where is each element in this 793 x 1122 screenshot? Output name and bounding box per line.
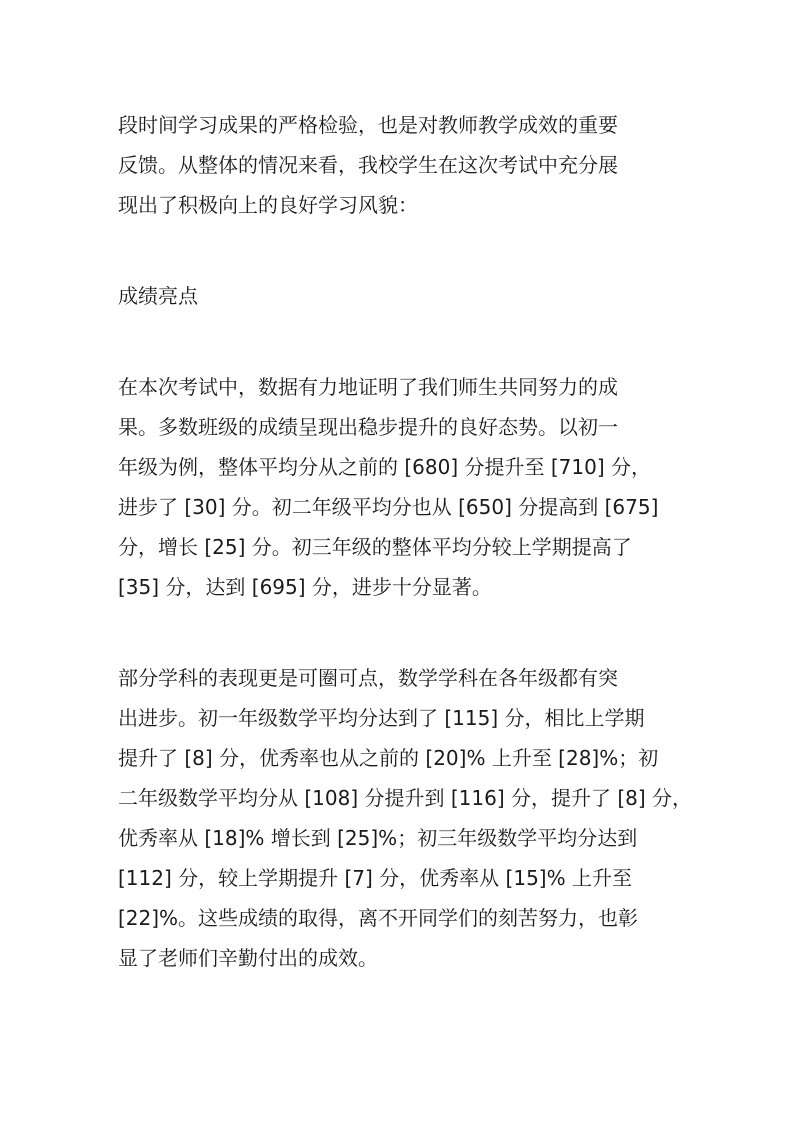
text-line: 提升了 [8] 分，优秀率也从之前的 [20]% 上升至 [28]%；初 (118, 738, 693, 778)
text-line: [112] 分，较上学期提升 [7] 分，优秀率从 [15]% 上升至 (118, 858, 693, 898)
text-line: 分，增长 [25] 分。初三年级的整体平均分较上学期提高了 (118, 527, 693, 567)
text-line: 显了老师们辛勤付出的成效。 (118, 938, 693, 978)
paragraph-spacer (118, 225, 693, 276)
overall-results-paragraph: 在本次考试中，数据有力地证明了我们师生共同努力的成 果。多数班级的成绩呈现出稳步… (118, 367, 693, 607)
text-line: [35] 分，达到 [695] 分，进步十分显著。 (118, 567, 693, 607)
document-page: 段时间学习成果的严格检验，也是对教师教学成效的重要 反馈。从整体的情况来看，我校… (118, 105, 693, 978)
text-line: 段时间学习成果的严格检验，也是对教师教学成效的重要 (118, 105, 693, 145)
text-line: 现出了积极向上的良好学习风貌： (118, 185, 693, 225)
text-line: 二年级数学平均分从 [108] 分提升到 [116] 分，提升了 [8] 分， (118, 778, 693, 818)
text-line: 进步了 [30] 分。初二年级平均分也从 [650] 分提高到 [675] (118, 487, 693, 527)
section-heading-text: 成绩亮点 (118, 276, 693, 316)
section-heading: 成绩亮点 (118, 276, 693, 316)
text-line: 部分学科的表现更是可圈可点，数学学科在各年级都有突 (118, 658, 693, 698)
text-line: 优秀率从 [18]% 增长到 [25]%；初三年级数学平均分达到 (118, 818, 693, 858)
math-results-paragraph: 部分学科的表现更是可圈可点，数学学科在各年级都有突 出进步。初一年级数学平均分达… (118, 658, 693, 978)
text-line: 果。多数班级的成绩呈现出稳步提升的良好态势。以初一 (118, 407, 693, 447)
paragraph-spacer (118, 316, 693, 367)
text-line: 在本次考试中，数据有力地证明了我们师生共同努力的成 (118, 367, 693, 407)
text-line: 年级为例，整体平均分从之前的 [680] 分提升至 [710] 分， (118, 447, 693, 487)
text-line: 出进步。初一年级数学平均分达到了 [115] 分，相比上学期 (118, 698, 693, 738)
paragraph-spacer (118, 607, 693, 658)
text-line: [22]%。这些成绩的取得，离不开同学们的刻苦努力，也彰 (118, 898, 693, 938)
intro-paragraph: 段时间学习成果的严格检验，也是对教师教学成效的重要 反馈。从整体的情况来看，我校… (118, 105, 693, 225)
text-line: 反馈。从整体的情况来看，我校学生在这次考试中充分展 (118, 145, 693, 185)
